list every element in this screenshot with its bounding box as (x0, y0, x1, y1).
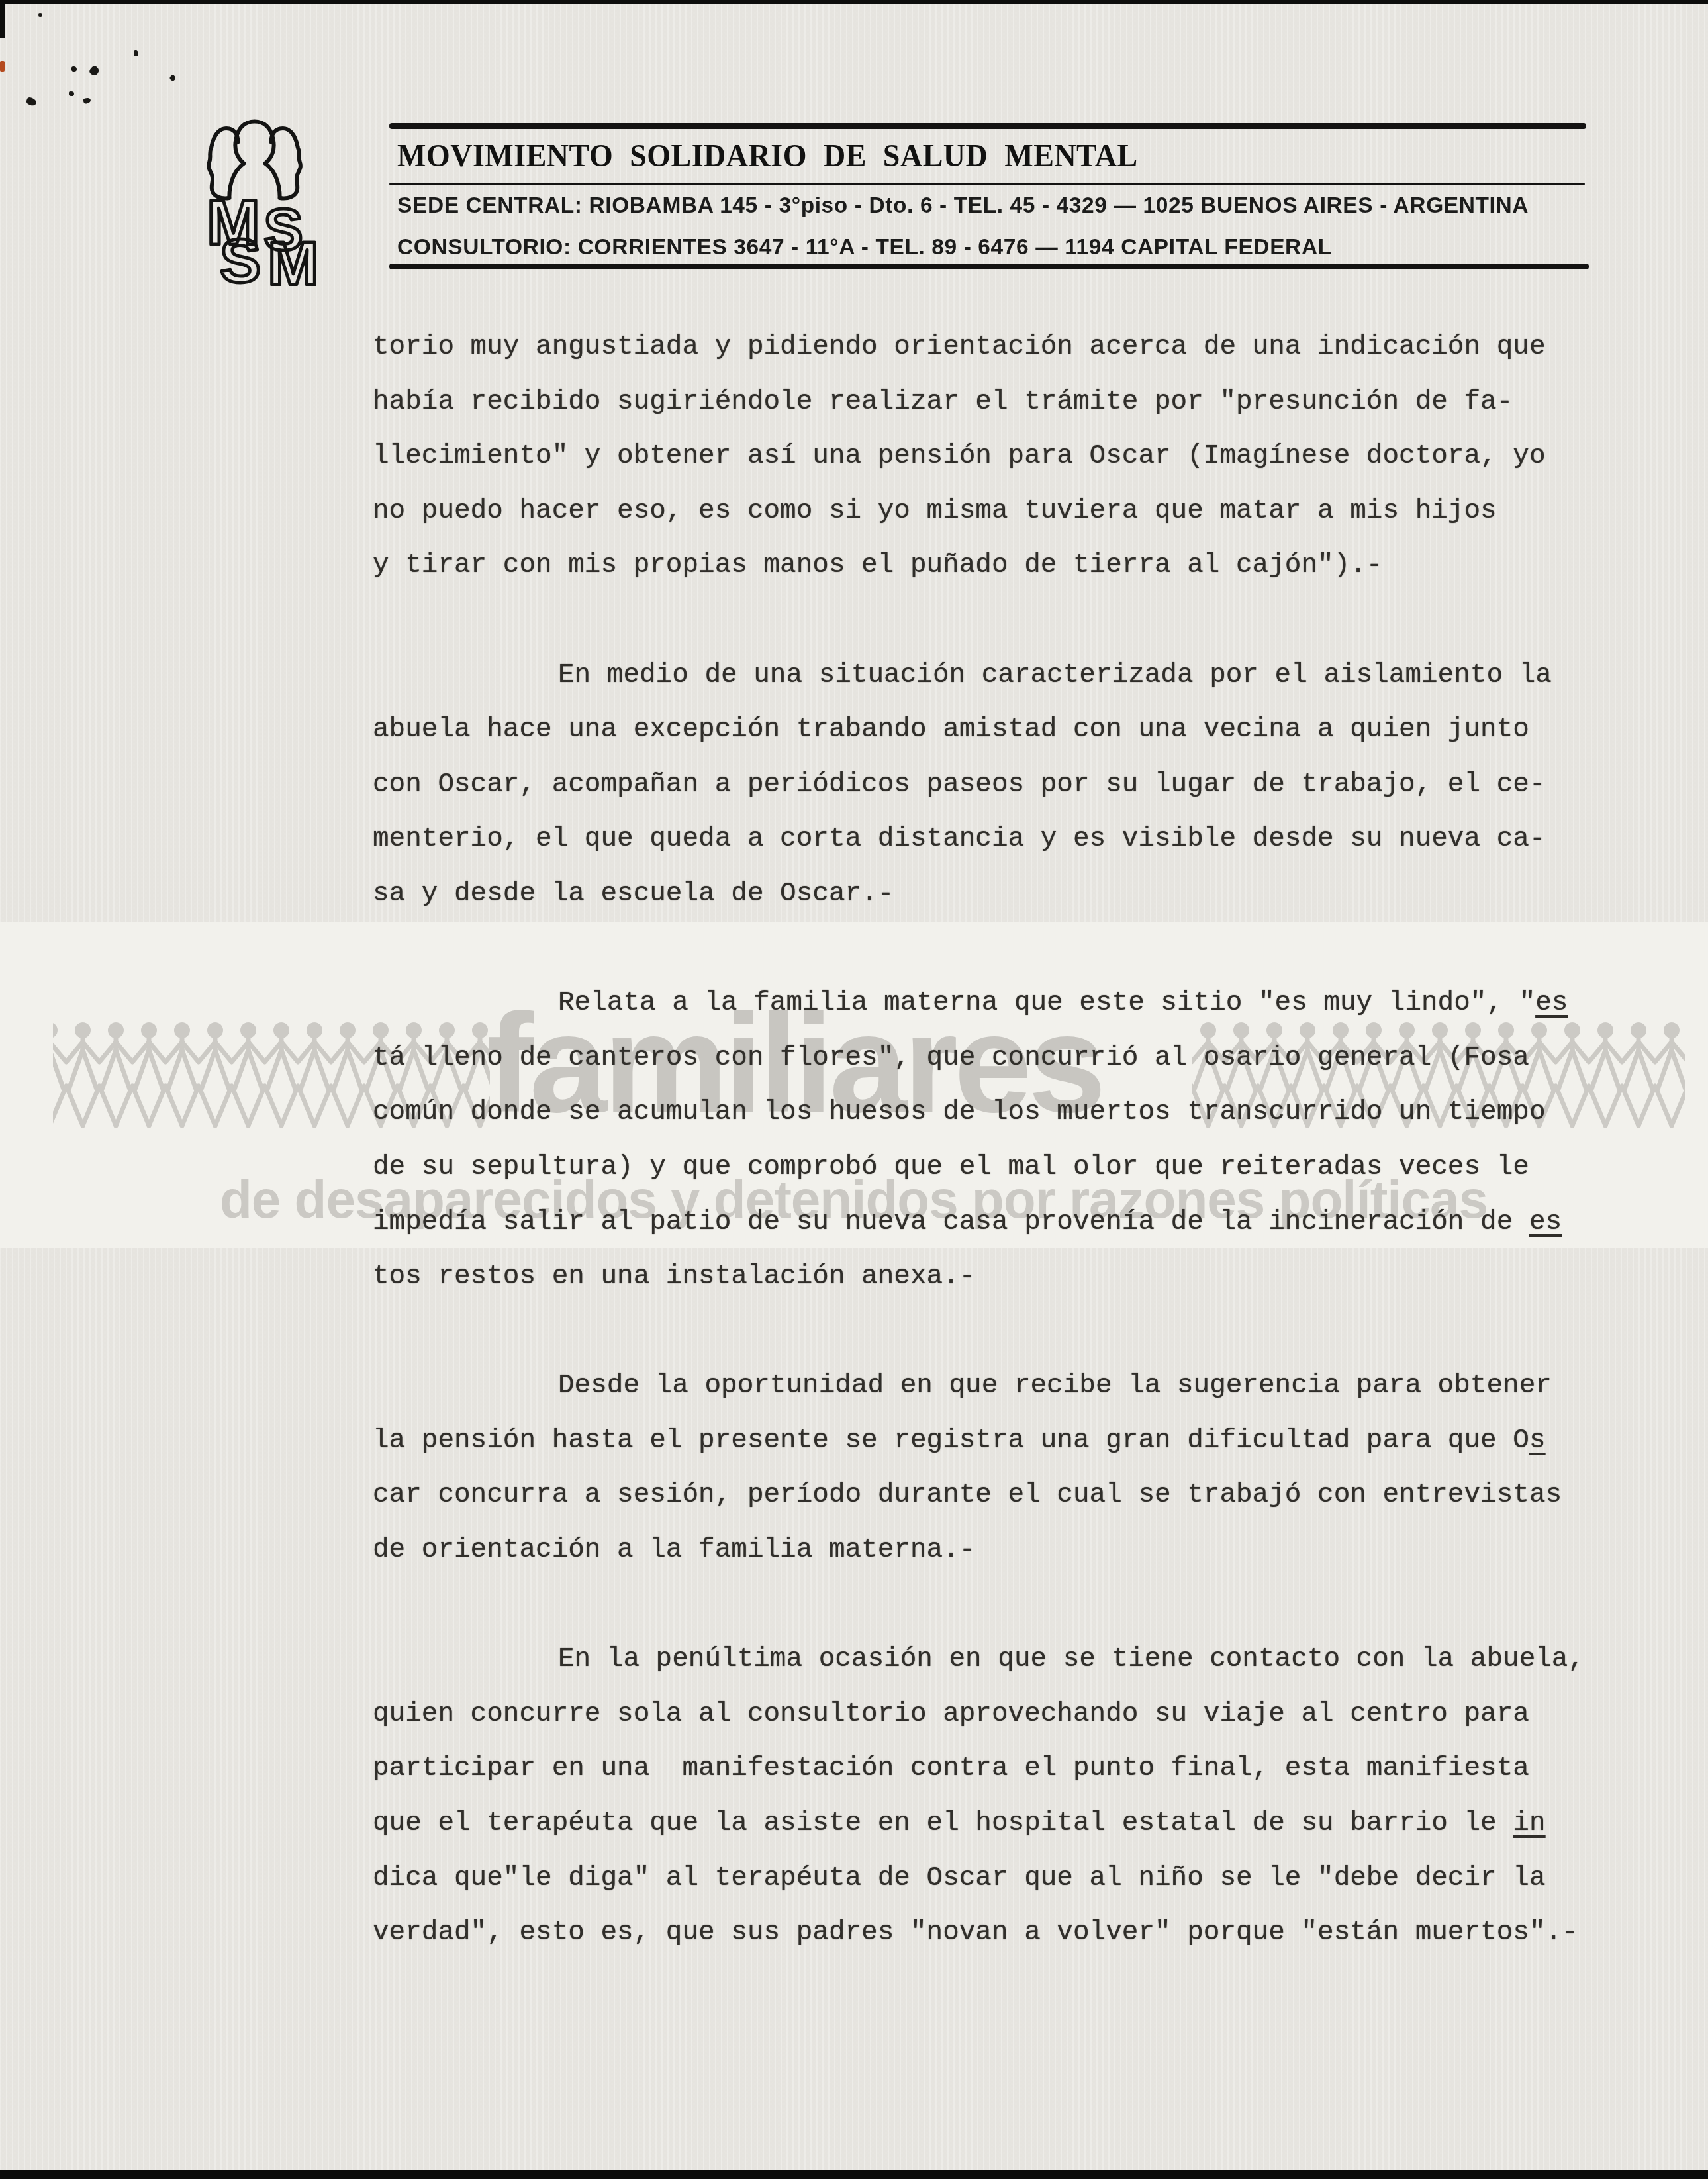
logo-right-head (271, 128, 301, 199)
text-line: y tirar con mis propias manos el puñado … (373, 538, 1578, 593)
text-line: torio muy angustiada y pidiendo orientac… (373, 320, 1578, 375)
mssm-logo: M S S M (187, 106, 323, 286)
text-line: quien concurre sola al consultorio aprov… (373, 1687, 1578, 1742)
document-body: torio muy angustiada y pidiendo orientac… (373, 320, 1578, 1961)
text-line: participar en una manifestación contra e… (373, 1741, 1578, 1796)
scanned-document-page: M S S M MOVIMIENTO SOLIDARIO DE SALUD ME… (0, 0, 1708, 2179)
text-line: había recibido sugiriéndole realizar el … (373, 375, 1578, 430)
header-rule-top (389, 123, 1586, 129)
text-line: la pensión hasta el presente se registra… (373, 1414, 1578, 1469)
text-line: abuela hace una excepción trabando amist… (373, 702, 1578, 757)
scan-speck (69, 91, 74, 96)
paragraph: En la penúltima ocasión en que se tiene … (373, 1632, 1578, 1961)
header-rule-middle (389, 183, 1585, 185)
text-line: de orientación a la familia materna.- (373, 1523, 1578, 1578)
scan-speck (88, 64, 101, 77)
paragraph: Desde la oportunidad en que recibe la su… (373, 1359, 1578, 1577)
text-line: Relata a la familia materna que este sit… (373, 976, 1578, 1031)
text-line: tos restos en una instalación anexa.- (373, 1249, 1578, 1304)
text-line: llecimiento" y obtener así una pensión p… (373, 429, 1578, 484)
text-line: En la penúltima ocasión en que se tiene … (373, 1632, 1578, 1687)
text-line: con Oscar, acompañan a periódicos paseos… (373, 757, 1578, 812)
address-line-2: CONSULTORIO: CORRIENTES 3647 - 11°A - TE… (397, 235, 1332, 260)
logo-letter: M (268, 229, 319, 286)
paragraph: torio muy angustiada y pidiendo orientac… (373, 320, 1578, 593)
text-line: menterio, el que queda a corta distancia… (373, 812, 1578, 867)
text-line: no puedo hacer eso, es como si yo misma … (373, 484, 1578, 539)
text-line: común donde se acumulan los huesos de lo… (373, 1085, 1578, 1140)
text-line: tá lleno de canteros con flores", que co… (373, 1031, 1578, 1086)
scan-speck (26, 97, 38, 107)
text-line: sa y desde la escuela de Oscar.- (373, 867, 1578, 922)
text-line: En medio de una situación caracterizada … (373, 648, 1578, 703)
logo-letter: S (220, 226, 261, 286)
address-line-1: SEDE CENTRAL: RIOBAMBA 145 - 3°piso - Dt… (397, 193, 1529, 218)
paragraph: Relata a la familia materna que este sit… (373, 976, 1578, 1304)
text-line: Desde la oportunidad en que recibe la su… (373, 1359, 1578, 1414)
text-line: impedía salir al patio de su nueva casa … (373, 1195, 1578, 1250)
scan-speck (38, 13, 42, 17)
scan-speck (0, 61, 5, 72)
paragraph: En medio de una situación caracterizada … (373, 648, 1578, 922)
org-name: MOVIMIENTO SOLIDARIO DE SALUD MENTAL (397, 137, 1138, 173)
scan-edge-left (0, 0, 5, 38)
text-line: car concurra a sesión, período durante e… (373, 1468, 1578, 1523)
text-line: de su sepultura) y que comprobó que el m… (373, 1140, 1578, 1195)
text-line: que el terapéuta que la asiste en el hos… (373, 1796, 1578, 1851)
header-rule-bottom (389, 264, 1589, 269)
scan-edge-bottom (0, 2170, 1708, 2179)
text-line: dica que"le diga" al terapéuta de Oscar … (373, 1851, 1578, 1906)
scan-speck (71, 66, 77, 72)
scan-speck (169, 74, 176, 81)
scan-speck (83, 97, 91, 105)
scan-speck (134, 50, 138, 56)
scan-edge-top (0, 0, 1708, 4)
text-line: verdad", esto es, que sus padres "novan … (373, 1906, 1578, 1961)
